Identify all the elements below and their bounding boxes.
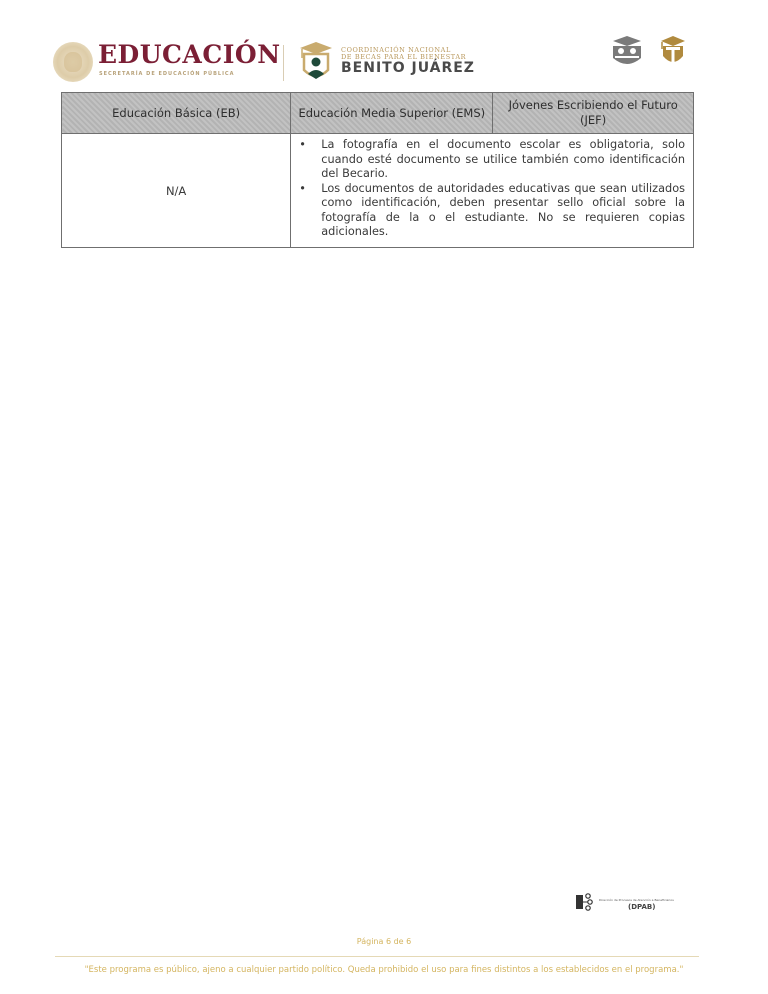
cell-ems-jef: • La fotografía en el documento escolar … — [291, 134, 694, 248]
national-seal-icon — [53, 42, 93, 82]
document-header: EDUCACIÓN Secretaría de Educación Públic… — [0, 0, 768, 92]
dpab-logo: Dirección de Procesos de Atención a Bene… — [575, 892, 705, 916]
bullet-icon: • — [299, 138, 306, 153]
bullet-icon: • — [299, 182, 306, 197]
graduation-cap-shield-icon — [298, 40, 334, 82]
becas-logo-title: BENITO JUÁREZ — [341, 60, 475, 76]
dpab-abbreviation: (DPAB) — [628, 903, 655, 911]
list-item: • La fotografía en el documento escolar … — [297, 138, 685, 182]
table-row: N/A • La fotografía en el documento esco… — [62, 134, 694, 248]
table-header-row: Educación Básica (EB) Educación Media Su… — [62, 93, 694, 134]
footer-divider — [55, 956, 699, 957]
gray-owl-shield-icon — [609, 34, 645, 70]
list-item: • Los documentos de autoridades educativ… — [297, 182, 685, 240]
sep-logo-subtitle: Secretaría de Educación Pública — [99, 71, 234, 77]
dpab-network-icon — [575, 892, 595, 912]
requirements-table: Educación Básica (EB) Educación Media Su… — [61, 92, 694, 248]
header-jef: Jóvenes Escribiendo el Futuro (JEF) — [493, 93, 694, 134]
header-ems: Educación Media Superior (EMS) — [291, 93, 493, 134]
list-item-text: Los documentos de autoridades educativas… — [321, 182, 685, 239]
header-eb: Educación Básica (EB) — [62, 93, 291, 134]
page-number: Página 6 de 6 — [0, 937, 768, 946]
requirements-list: • La fotografía en el documento escolar … — [297, 138, 685, 240]
sep-logo-title: EDUCACIÓN — [98, 40, 281, 69]
header-divider — [283, 45, 284, 81]
gold-pen-shield-icon — [655, 34, 691, 70]
dpab-full-name: Dirección de Procesos de Atención a Bene… — [599, 898, 674, 902]
cell-eb: N/A — [62, 134, 291, 248]
footer-disclaimer: "Este programa es público, ajeno a cualq… — [0, 965, 768, 975]
list-item-text: La fotografía en el documento escolar es… — [321, 138, 685, 180]
